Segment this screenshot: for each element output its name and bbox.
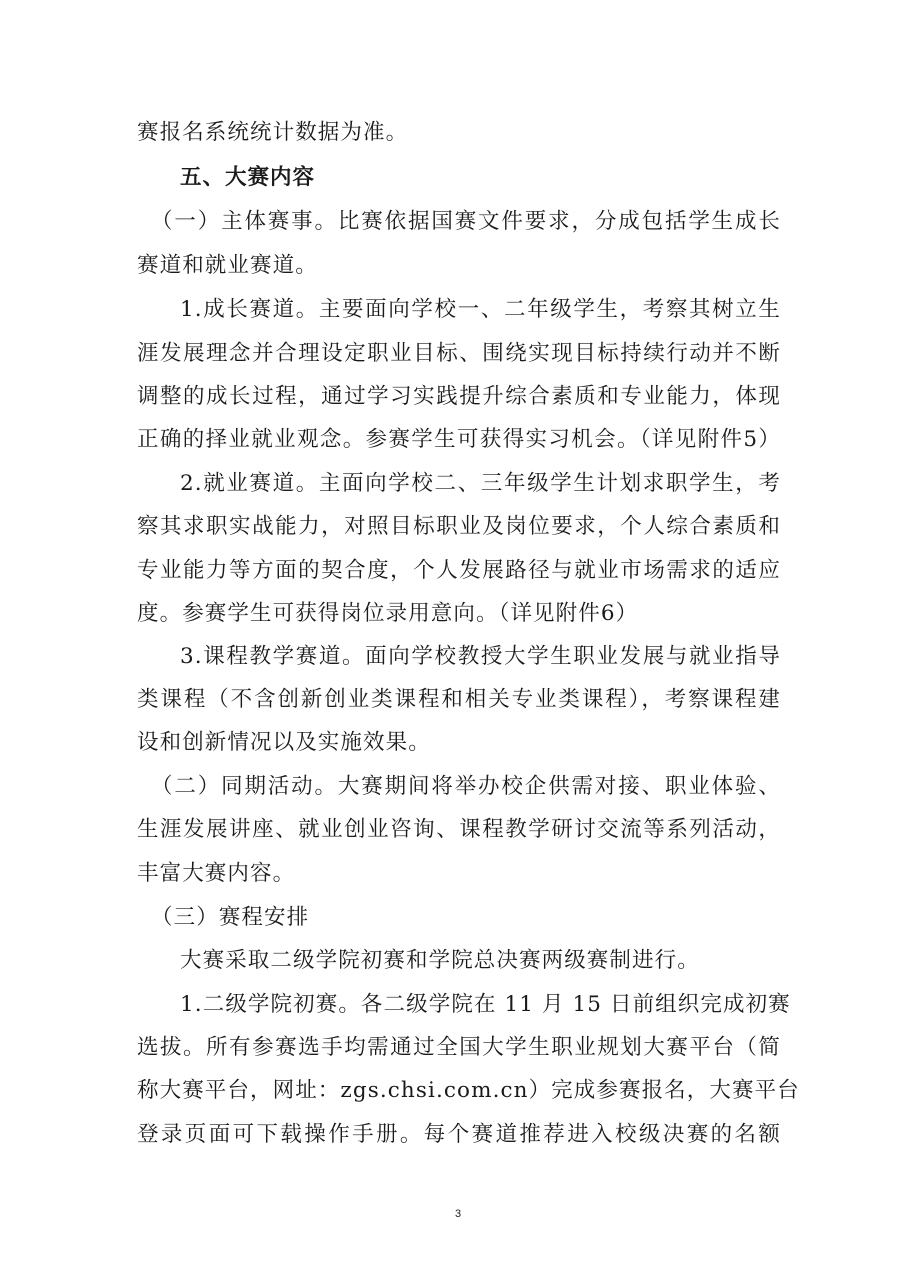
- text-line: 称大赛平台，网址：zgs.chsi.com.cn）完成参赛报名，大赛平台: [137, 1069, 781, 1113]
- text-line: 1.二级学院初赛。各二级学院在 11 月 15 日前组织完成初赛: [180, 983, 781, 1027]
- text-line: 选拔。所有参赛选手均需通过全国大学生职业规划大赛平台（简: [137, 1026, 781, 1070]
- page-number: 3: [0, 1208, 916, 1220]
- text-line: 设和创新情况以及实施效果。: [137, 721, 781, 765]
- text-line: 1.成长赛道。主要面向学校一、二年级学生，考察其树立生: [180, 288, 781, 332]
- text-line: 2.就业赛道。主面向学校二、三年级学生计划求职学生，考: [180, 462, 781, 506]
- text-line: 3.课程教学赛道。面向学校教授大学生职业发展与就业指导: [180, 635, 781, 679]
- text-line: 专业能力等方面的契合度，个人发展路径与就业市场需求的适应: [137, 549, 781, 593]
- text-line: （一）主体赛事。比赛依据国赛文件要求，分成包括学生成长: [151, 200, 781, 244]
- text-line: 大赛采取二级学院初赛和学院总决赛两级赛制进行。: [180, 939, 781, 983]
- text-line: 登录页面可下载操作手册。每个赛道推荐进入校级决赛的名额: [137, 1113, 781, 1157]
- document-page: 赛报名系统统计数据为准。五、大赛内容（一）主体赛事。比赛依据国赛文件要求，分成包…: [0, 0, 916, 1288]
- text-line: （二）同期活动。大赛期间将举办校企供需对接、职业体验、: [151, 765, 781, 809]
- text-line: 赛道和就业赛道。: [137, 244, 781, 288]
- text-line: 度。参赛学生可获得岗位录用意向。（详见附件6）: [137, 592, 781, 636]
- text-line: （三）赛程安排: [151, 896, 781, 940]
- text-line: 涯发展理念并合理设定职业目标、围绕实现目标持续行动并不断: [137, 332, 781, 376]
- text-line: 调整的成长过程，通过学习实践提升综合素质和专业能力，体现: [137, 375, 781, 419]
- text-line: 生涯发展讲座、就业创业咨询、课程教学研讨交流等系列活动，: [137, 808, 781, 852]
- text-line: 察其求职实战能力，对照目标职业及岗位要求，个人综合素质和: [137, 505, 781, 549]
- text-line: 丰富大赛内容。: [137, 852, 781, 896]
- section-heading: 五、大赛内容: [180, 156, 781, 200]
- text-line: 类课程（不含创新创业类课程和相关专业类课程），考察课程建: [137, 678, 781, 722]
- text-line: 赛报名系统统计数据为准。: [137, 111, 781, 155]
- text-line: 正确的择业就业观念。参赛学生可获得实习机会。（详见附件5）: [137, 418, 781, 462]
